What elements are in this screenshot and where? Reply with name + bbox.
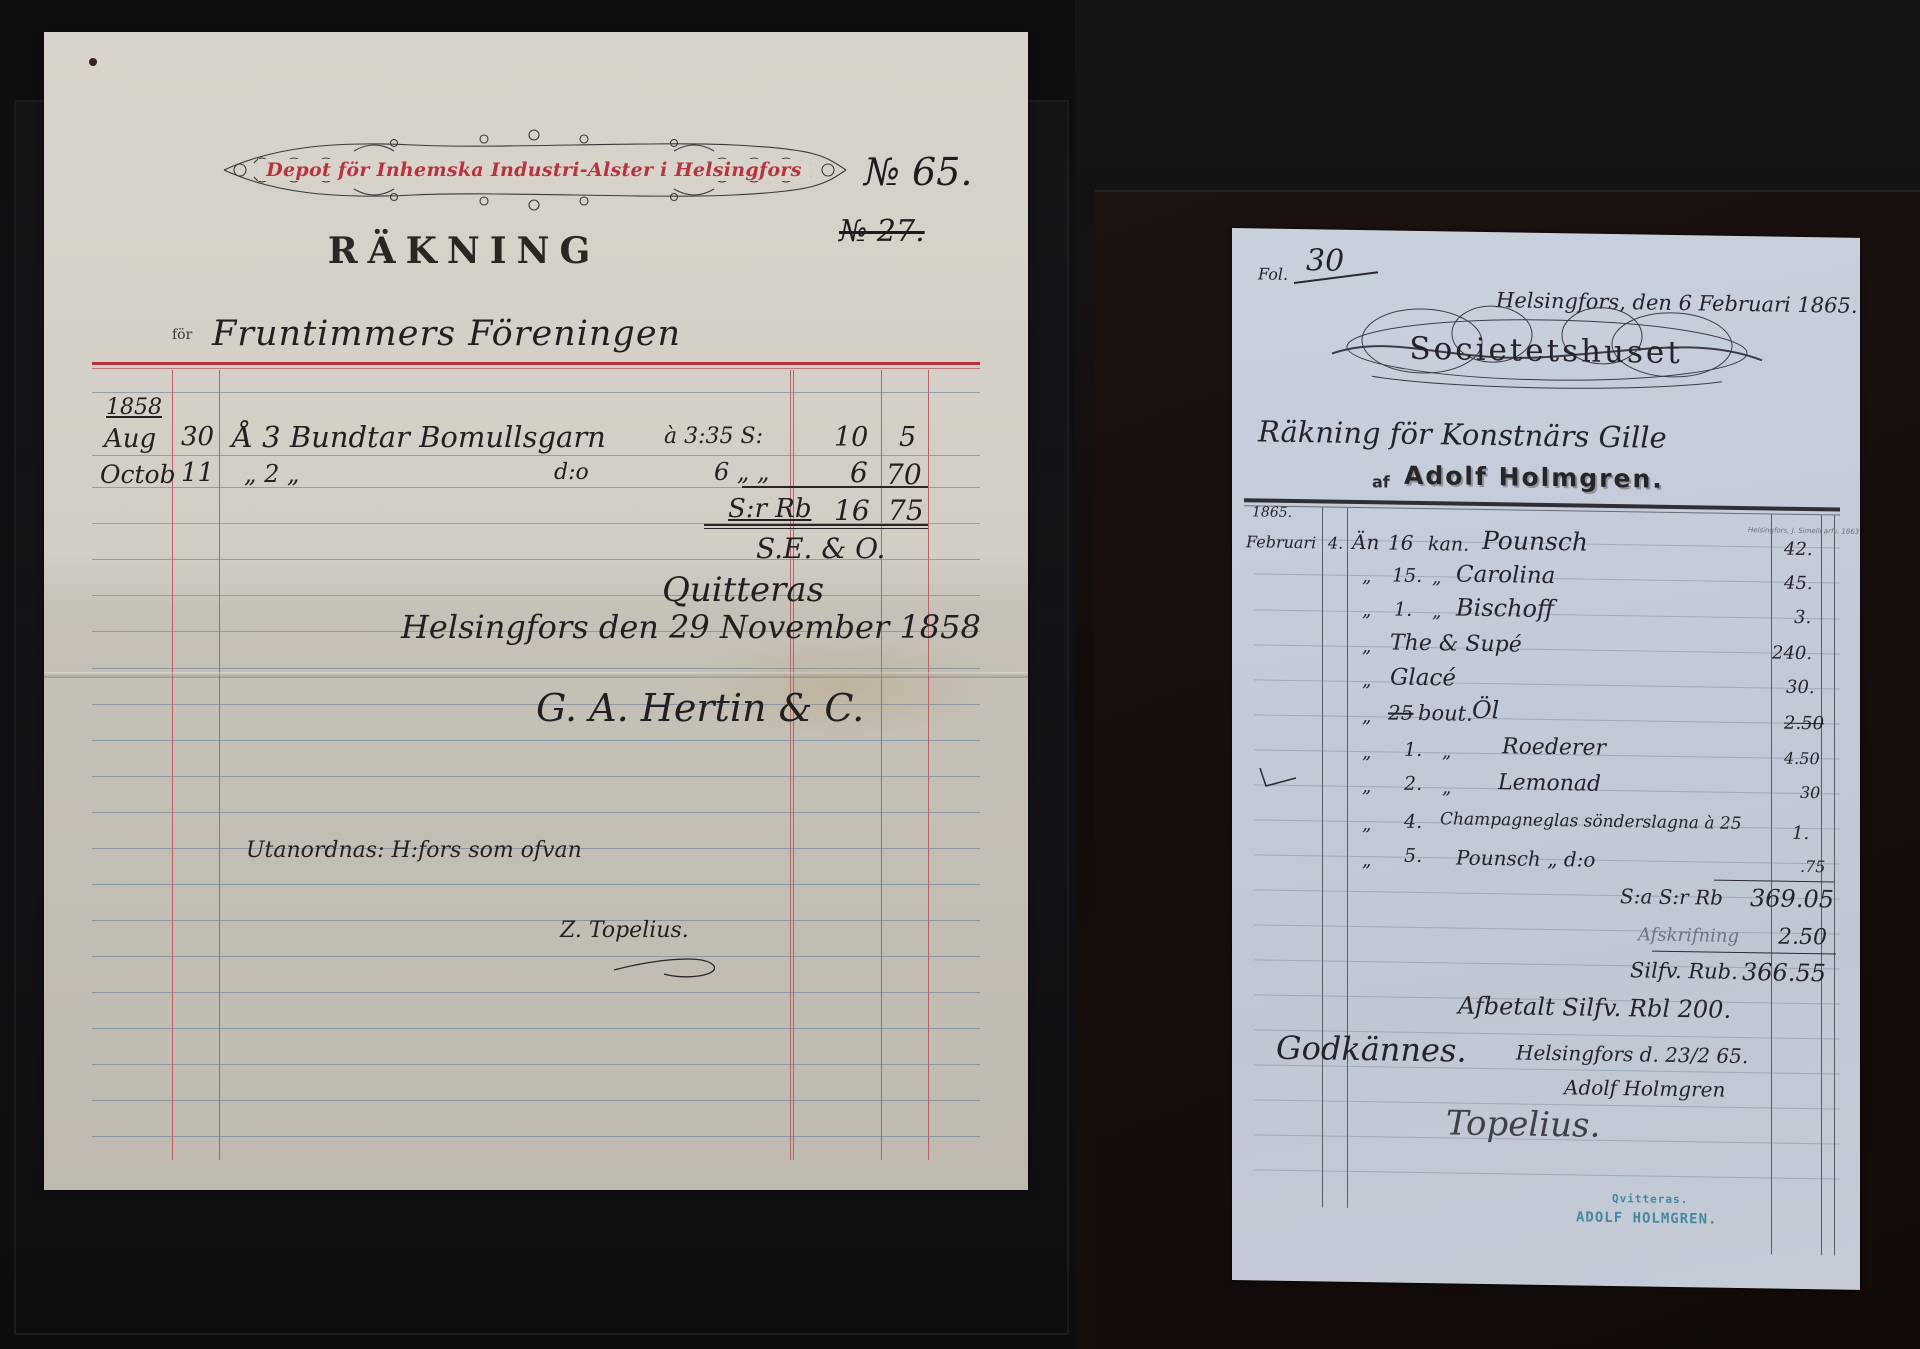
item-prefix: Än — [1352, 530, 1379, 554]
column-rule-rub — [790, 370, 794, 1160]
line-item-rub: 10 — [834, 422, 868, 453]
ruled-line — [92, 595, 980, 596]
item-name: Pounsch — [1482, 526, 1588, 557]
ruled-line — [92, 884, 980, 885]
item-prefix: „ — [1362, 742, 1371, 763]
line-item-month: Aug — [104, 424, 156, 454]
deduction-amount: 2.50 — [1778, 925, 1827, 951]
item-amount: .75 — [1800, 857, 1825, 876]
letterhead-title: Depot för Inhemska Industri-Alster i Hel… — [258, 159, 809, 181]
item-amount: 3. — [1794, 607, 1811, 628]
item-prefix: „ — [1362, 600, 1371, 621]
ruled-line — [92, 1136, 980, 1137]
document-title: RÄKNING — [44, 230, 884, 272]
total-label: S:r Rb — [728, 494, 811, 524]
item-amount: 30 — [1800, 783, 1820, 802]
line-item-kop: 5 — [899, 422, 916, 453]
merchant-signature: G. A. Hertin & C. — [536, 686, 864, 730]
item-name: Champagneglas sönderslagna à 25 — [1440, 809, 1742, 834]
total-kop: 75 — [888, 494, 924, 527]
item-unit: „ — [1432, 567, 1441, 588]
stamp-qvitteras: Qvitteras. — [1612, 1192, 1688, 1206]
invoice-societetshuset-1865: Fol. 30 Helsingfors, den 6 Februari 1865… — [1232, 228, 1860, 1290]
column-rule-day — [1347, 508, 1348, 1208]
line-item-rub: 6 — [850, 456, 868, 489]
printer-imprint: Helsingfors, J. Simelii arfv. 1863 — [1748, 526, 1859, 536]
errors-excepted: S.E. & O. — [756, 532, 885, 565]
item-unit: „ — [1442, 741, 1451, 762]
month: Februari — [1246, 532, 1316, 552]
item-qty: 4. — [1404, 811, 1422, 833]
item-amount: 240. — [1772, 642, 1812, 664]
approver-signature: Z. Topelius. — [560, 918, 689, 943]
item-amount: 30. — [1786, 677, 1815, 698]
column-rule-end — [928, 370, 929, 1160]
item-name: Bischoff — [1456, 594, 1554, 624]
approver-signature: Topelius. — [1446, 1103, 1600, 1145]
item-prefix: „ — [1362, 706, 1371, 727]
bill-line: Räkning för Konstnärs Gille — [1258, 414, 1667, 454]
item-amount: 4.50 — [1784, 749, 1820, 769]
invoice-number: № 65. — [864, 150, 972, 194]
approval-label: Godkännes. — [1276, 1029, 1467, 1070]
proprietor-signature: Adolf Holmgren — [1564, 1075, 1725, 1102]
column-rule-kop — [881, 370, 882, 1160]
subtotal-rule — [1714, 880, 1834, 883]
subtotal-label: S:a S:r Rb — [1620, 884, 1723, 910]
punch-hole — [89, 58, 97, 66]
line-item-day: 11 — [181, 458, 214, 488]
item-qty: 2. — [1404, 773, 1422, 795]
ruled-line — [92, 812, 980, 813]
line-item-unit-price: 6 „ „ — [714, 458, 769, 486]
header-rule-thin — [92, 368, 980, 369]
invoice-number-struck: № 27. — [839, 214, 925, 249]
total-rule-double — [704, 528, 928, 529]
column-rule-day — [219, 370, 220, 1160]
quittance-note: Quitteras — [662, 570, 824, 610]
line-item-qty: „ 2 „ — [244, 460, 299, 488]
approval-place-date: Helsingfors d. 23/2 65. — [1516, 1040, 1748, 1068]
line-item-day: 30 — [181, 422, 214, 452]
item-unit: bout. — [1418, 701, 1473, 726]
header-rule — [92, 362, 980, 365]
ruled-line — [92, 992, 980, 993]
ruled-line — [1254, 679, 1840, 689]
recipient-name: Fruntimmers Föreningen — [212, 314, 681, 354]
year: 1865. — [1252, 504, 1292, 521]
total-rule — [704, 524, 928, 526]
pencil-check-icon — [1258, 752, 1298, 788]
ruled-line — [92, 392, 980, 393]
item-amount: 1. — [1792, 823, 1809, 844]
ruled-line — [1254, 714, 1840, 724]
item-name: The & Supé — [1390, 630, 1522, 657]
line-item-unit-price: à 3:35 S: — [664, 424, 763, 449]
item-prefix: „ — [1362, 636, 1371, 657]
proprietor-name: Adolf Holmgren. — [1404, 461, 1664, 494]
subtotal-amount: 369.05 — [1750, 884, 1834, 913]
paid-note: Afbetalt Silfv. Rbl 200. — [1458, 992, 1731, 1024]
item-qty: 25 — [1388, 700, 1413, 724]
approval-note: Utanordnas: H:fors som ofvan — [246, 838, 582, 863]
folio-label: Fol. — [1258, 264, 1288, 283]
item-unit: kan. — [1428, 533, 1469, 556]
item-name: Glacé — [1390, 664, 1456, 691]
item-qty: 1. — [1404, 739, 1422, 761]
ruled-line — [1254, 924, 1840, 934]
ruled-line — [1254, 644, 1840, 654]
invoice-hertin-1858: Depot för Inhemska Industri-Alster i Hel… — [44, 32, 1028, 1190]
letterhead-ornament: Depot för Inhemska Industri-Alster i Hel… — [214, 127, 854, 213]
column-rule-end — [1834, 515, 1835, 1255]
item-prefix: „ — [1362, 850, 1371, 871]
item-prefix: „ — [1362, 814, 1371, 835]
place-date: Helsingfors den 29 November 1858 — [401, 608, 981, 646]
stamp-name: ADOLF HOLMGREN. — [1576, 1209, 1717, 1227]
folio-underline-icon — [1292, 267, 1382, 288]
line-item-description: d:o — [554, 460, 589, 485]
item-unit: „ — [1442, 777, 1451, 798]
item-prefix: „ — [1362, 670, 1371, 691]
ruled-line — [92, 956, 980, 957]
total-rub: 16 — [834, 494, 870, 527]
ruled-line — [92, 455, 980, 456]
ruled-line — [92, 1028, 980, 1029]
item-qty: 1. — [1394, 599, 1412, 621]
signature-flourish-icon — [604, 942, 724, 982]
line-item-description: Å 3 Bundtar Bomullsgarn — [232, 420, 606, 454]
ruled-line — [92, 920, 980, 921]
item-name: Lemonad — [1498, 770, 1601, 797]
total-label: Silfv. Rub. — [1630, 958, 1738, 984]
item-qty: 15. — [1392, 565, 1422, 587]
item-qty: 5. — [1404, 845, 1422, 867]
year: 1858 — [106, 395, 162, 420]
item-name: Öl — [1472, 696, 1499, 724]
for-label: för — [172, 327, 192, 343]
item-unit: „ — [1432, 601, 1441, 622]
item-prefix: „ — [1362, 566, 1371, 587]
total-amount: 366.55 — [1742, 958, 1826, 987]
item-name: Roederer — [1502, 734, 1606, 761]
total-rule — [1652, 951, 1836, 955]
column-rule-date — [1322, 507, 1323, 1207]
day: 4. — [1328, 534, 1343, 553]
af-label: af — [1372, 472, 1390, 491]
item-amount: 2.50 — [1784, 713, 1824, 735]
deduction-label: Afskrifning — [1638, 924, 1739, 947]
item-name: Carolina — [1456, 562, 1555, 590]
item-qty: 16 — [1388, 530, 1413, 554]
subtotal-rule — [742, 486, 928, 488]
ruled-line — [92, 1100, 980, 1101]
ruled-line — [92, 776, 980, 777]
item-name: Pounsch „ d:o — [1456, 846, 1595, 872]
line-item-month: Octob — [100, 460, 176, 489]
ruled-line — [1254, 1169, 1840, 1179]
item-prefix: „ — [1362, 776, 1371, 797]
item-amount: 45. — [1784, 573, 1813, 594]
ruled-line — [92, 1064, 980, 1065]
item-amount: 42. — [1784, 539, 1813, 560]
